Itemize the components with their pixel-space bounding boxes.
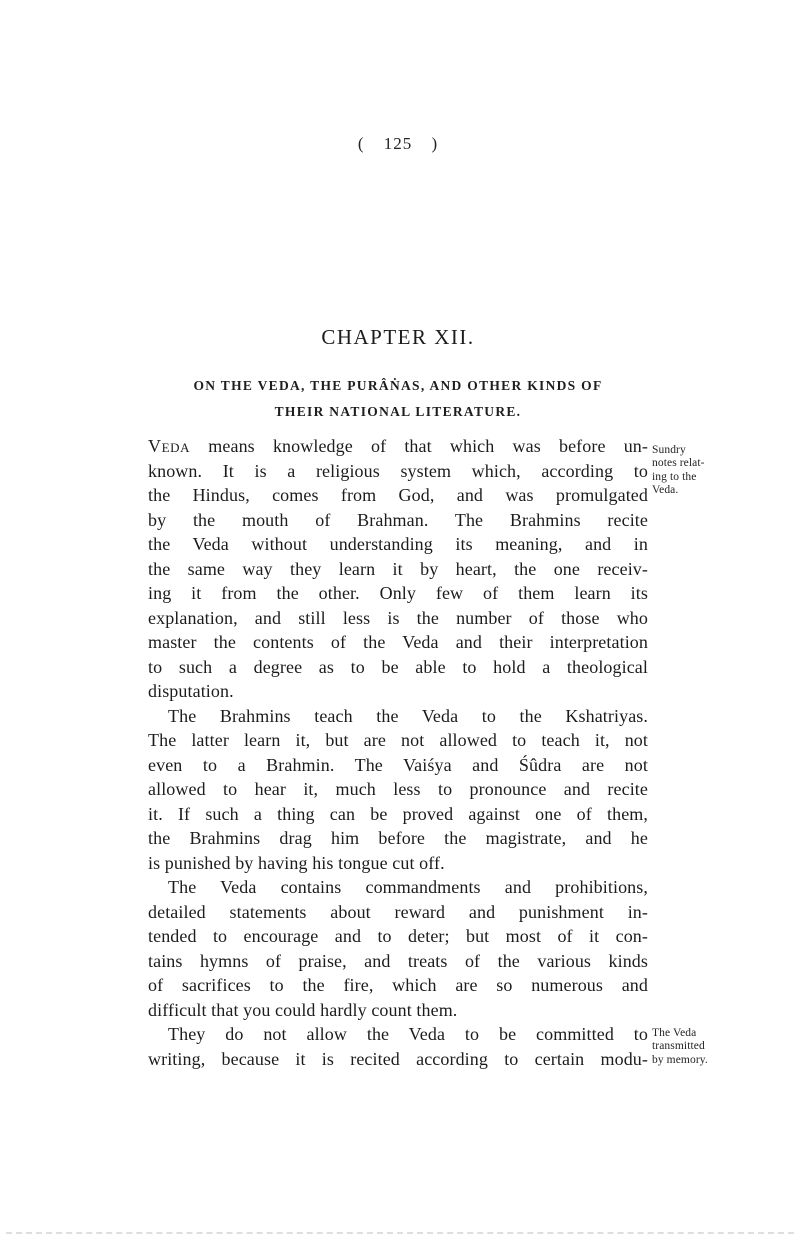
chapter-subtitle: ON THE VEDA, THE PURÂṄAS, AND OTHER KIND…	[128, 373, 668, 425]
margin-note-2: The Veda transmitted by memory.	[652, 1027, 748, 1067]
text-line: explanation, and still less is the numbe…	[148, 606, 648, 631]
text-line: difficult that you could hardly count th…	[148, 998, 648, 1023]
margin-note-1: Sundry notes relat- ing to the Veda.	[652, 444, 748, 498]
chapter-heading: CHAPTER XII.	[148, 325, 648, 350]
text-line: writing, because it is recited according…	[148, 1047, 648, 1072]
book-page: ( 125 ) CHAPTER XII. ON THE VEDA, THE PU…	[0, 0, 800, 1237]
text-line: tains hymns of praise, and treats of the…	[148, 949, 648, 974]
margin-note-line: by memory.	[652, 1054, 748, 1067]
text-line: Veda means knowledge of that which was b…	[148, 434, 648, 459]
body-text: Veda means knowledge of that which was b…	[148, 434, 648, 1071]
lead-word: Veda	[148, 436, 190, 456]
chapter-subtitle-line-1: ON THE VEDA, THE PURÂṄAS, AND OTHER KIND…	[128, 373, 668, 399]
paragraph-2: The Brahmins teach the Veda to the Kshat…	[148, 704, 648, 876]
text-line: ing it from the other. Only few of them …	[148, 581, 648, 606]
margin-note-line: Veda.	[652, 484, 748, 497]
text-line: tended to encourage and to deter; but mo…	[148, 924, 648, 949]
text-line: even to a Brahmin. The Vaiśya and Śûdra …	[148, 753, 648, 778]
text-line: They do not allow the Veda to be committ…	[148, 1022, 648, 1047]
text-line: it. If such a thing can be proved agains…	[148, 802, 648, 827]
paragraph-4: They do not allow the Veda to be committ…	[148, 1022, 648, 1071]
page-number: ( 125 )	[148, 134, 648, 154]
text-line: to such a degree as to be able to hold a…	[148, 655, 648, 680]
text-line: The latter learn it, but are not allowed…	[148, 728, 648, 753]
text-line: disputation.	[148, 679, 648, 704]
text-line: is punished by having his tongue cut off…	[148, 851, 648, 876]
chapter-subtitle-line-2: THEIR NATIONAL LITERATURE.	[128, 399, 668, 425]
text-line: The Brahmins teach the Veda to the Kshat…	[148, 704, 648, 729]
margin-note-line: transmitted	[652, 1040, 748, 1053]
text-line: allowed to hear it, much less to pronoun…	[148, 777, 648, 802]
margin-note-line: ing to the	[652, 471, 748, 484]
text-line: the Brahmins drag him before the magistr…	[148, 826, 648, 851]
text-line: of sacrifices to the fire, which are so …	[148, 973, 648, 998]
text-line: detailed statements about reward and pun…	[148, 900, 648, 925]
text-line: the Veda without understanding its meani…	[148, 532, 648, 557]
text-line: known. It is a religious system which, a…	[148, 459, 648, 484]
margin-note-line: notes relat-	[652, 457, 748, 470]
text-line: by the mouth of Brahman. The Brahmins re…	[148, 508, 648, 533]
lead-rest: means knowledge of that which was before…	[208, 436, 648, 456]
text-line: the same way they learn it by heart, the…	[148, 557, 648, 582]
text-line: master the contents of the Veda and thei…	[148, 630, 648, 655]
text-line: The Veda contains commandments and prohi…	[148, 875, 648, 900]
text-line: the Hindus, comes from God, and was prom…	[148, 483, 648, 508]
margin-note-line: The Veda	[652, 1027, 748, 1040]
paragraph-3: The Veda contains commandments and prohi…	[148, 875, 648, 1022]
margin-note-line: Sundry	[652, 444, 748, 457]
scan-edge-artifact	[6, 1232, 794, 1234]
paragraph-1: Veda means knowledge of that which was b…	[148, 434, 648, 704]
